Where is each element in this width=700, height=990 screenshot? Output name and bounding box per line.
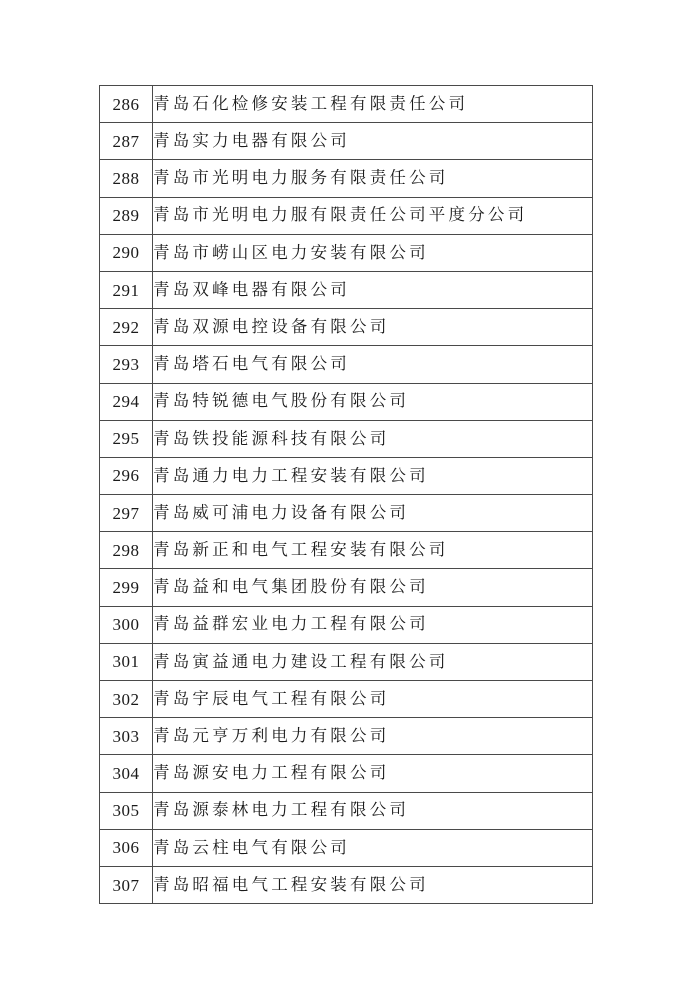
row-number: 299: [100, 569, 153, 606]
row-number: 298: [100, 532, 153, 569]
company-name: 青岛双源电控设备有限公司: [153, 309, 593, 346]
table-row: 287 青岛实力电器有限公司: [100, 123, 593, 160]
company-name: 青岛实力电器有限公司: [153, 123, 593, 160]
document-page: 286 青岛石化检修安装工程有限责任公司 287 青岛实力电器有限公司 288 …: [0, 0, 700, 990]
company-name: 青岛宇辰电气工程有限公司: [153, 681, 593, 718]
company-name: 青岛通力电力工程安装有限公司: [153, 457, 593, 494]
row-number: 301: [100, 643, 153, 680]
company-name: 青岛益群宏业电力工程有限公司: [153, 606, 593, 643]
company-name: 青岛特锐德电气股份有限公司: [153, 383, 593, 420]
row-number: 291: [100, 271, 153, 308]
company-name: 青岛源泰林电力工程有限公司: [153, 792, 593, 829]
company-name: 青岛源安电力工程有限公司: [153, 755, 593, 792]
table-row: 288 青岛市光明电力服务有限责任公司: [100, 160, 593, 197]
row-number: 289: [100, 197, 153, 234]
company-name: 青岛威可浦电力设备有限公司: [153, 495, 593, 532]
row-number: 305: [100, 792, 153, 829]
row-number: 296: [100, 457, 153, 494]
table-row: 295 青岛铁投能源科技有限公司: [100, 420, 593, 457]
table-row: 292 青岛双源电控设备有限公司: [100, 309, 593, 346]
table-row: 291 青岛双峰电器有限公司: [100, 271, 593, 308]
table-row: 307 青岛昭福电气工程安装有限公司: [100, 866, 593, 903]
company-name: 青岛新正和电气工程安装有限公司: [153, 532, 593, 569]
row-number: 307: [100, 866, 153, 903]
table-row: 298 青岛新正和电气工程安装有限公司: [100, 532, 593, 569]
row-number: 295: [100, 420, 153, 457]
table-row: 304 青岛源安电力工程有限公司: [100, 755, 593, 792]
table-row: 290 青岛市崂山区电力安装有限公司: [100, 234, 593, 271]
company-name: 青岛元亨万利电力有限公司: [153, 718, 593, 755]
table-row: 303 青岛元亨万利电力有限公司: [100, 718, 593, 755]
company-name: 青岛石化检修安装工程有限责任公司: [153, 86, 593, 123]
company-name: 青岛市光明电力服务有限责任公司: [153, 160, 593, 197]
row-number: 302: [100, 681, 153, 718]
company-name: 青岛云柱电气有限公司: [153, 829, 593, 866]
table-row: 296 青岛通力电力工程安装有限公司: [100, 457, 593, 494]
table-body: 286 青岛石化检修安装工程有限责任公司 287 青岛实力电器有限公司 288 …: [100, 86, 593, 904]
company-list-table: 286 青岛石化检修安装工程有限责任公司 287 青岛实力电器有限公司 288 …: [99, 85, 593, 904]
table-row: 300 青岛益群宏业电力工程有限公司: [100, 606, 593, 643]
table-row: 306 青岛云柱电气有限公司: [100, 829, 593, 866]
table-row: 299 青岛益和电气集团股份有限公司: [100, 569, 593, 606]
row-number: 290: [100, 234, 153, 271]
row-number: 286: [100, 86, 153, 123]
row-number: 287: [100, 123, 153, 160]
row-number: 288: [100, 160, 153, 197]
company-name: 青岛市光明电力服有限责任公司平度分公司: [153, 197, 593, 234]
row-number: 304: [100, 755, 153, 792]
table-row: 293 青岛塔石电气有限公司: [100, 346, 593, 383]
company-name: 青岛市崂山区电力安装有限公司: [153, 234, 593, 271]
company-name: 青岛寅益通电力建设工程有限公司: [153, 643, 593, 680]
company-name: 青岛双峰电器有限公司: [153, 271, 593, 308]
company-name: 青岛昭福电气工程安装有限公司: [153, 866, 593, 903]
row-number: 300: [100, 606, 153, 643]
table-row: 294 青岛特锐德电气股份有限公司: [100, 383, 593, 420]
row-number: 293: [100, 346, 153, 383]
table-row: 305 青岛源泰林电力工程有限公司: [100, 792, 593, 829]
row-number: 306: [100, 829, 153, 866]
row-number: 297: [100, 495, 153, 532]
company-name: 青岛铁投能源科技有限公司: [153, 420, 593, 457]
table-row: 297 青岛威可浦电力设备有限公司: [100, 495, 593, 532]
table-row: 286 青岛石化检修安装工程有限责任公司: [100, 86, 593, 123]
row-number: 294: [100, 383, 153, 420]
table-row: 302 青岛宇辰电气工程有限公司: [100, 681, 593, 718]
company-name: 青岛益和电气集团股份有限公司: [153, 569, 593, 606]
row-number: 303: [100, 718, 153, 755]
row-number: 292: [100, 309, 153, 346]
company-name: 青岛塔石电气有限公司: [153, 346, 593, 383]
table-row: 289 青岛市光明电力服有限责任公司平度分公司: [100, 197, 593, 234]
table-row: 301 青岛寅益通电力建设工程有限公司: [100, 643, 593, 680]
